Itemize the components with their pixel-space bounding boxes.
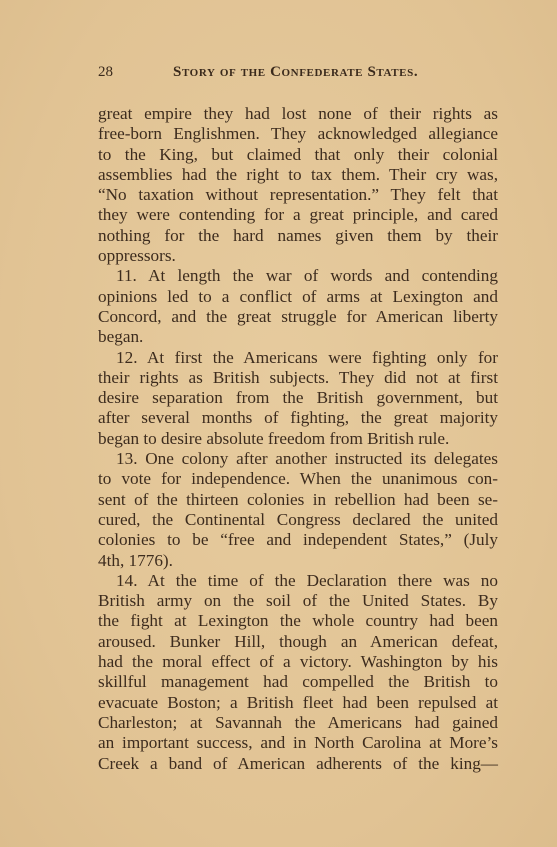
- text-line: they were contending for a great princip…: [98, 205, 498, 225]
- text-line: their rights as British subjects. They d…: [98, 368, 498, 388]
- text-line: colonies to be “free and independent Sta…: [98, 530, 498, 550]
- text-line: Charleston; at Savannah the Americans ha…: [98, 713, 498, 733]
- text-line: evacuate Boston; a British fleet had bee…: [98, 693, 498, 713]
- text-line: 14. At the time of the Declaration there…: [98, 571, 498, 591]
- text-line: oppressors.: [98, 246, 498, 266]
- text-line: 12. At first the Americans were fighting…: [98, 348, 498, 368]
- book-page: 28 Story of the Confederate States. grea…: [0, 0, 557, 847]
- text-line: had the moral effect of a victory. Washi…: [98, 652, 498, 672]
- text-line: began to desire absolute freedom from Br…: [98, 429, 498, 449]
- text-line: 4th, 1776).: [98, 551, 498, 571]
- text-line: Concord, and the great struggle for Amer…: [98, 307, 498, 327]
- text-line: free-born Englishmen. They acknowledged …: [98, 124, 498, 144]
- running-title: Story of the Confederate States.: [173, 64, 418, 81]
- text-line: an important success, and in North Carol…: [98, 733, 498, 753]
- text-line: opinions led to a conflict of arms at Le…: [98, 287, 498, 307]
- text-line: after several months of fighting, the gr…: [98, 408, 498, 428]
- text-line: sent of the thirteen colonies in rebelli…: [98, 490, 498, 510]
- text-line: “No taxation without representation.” Th…: [98, 185, 498, 205]
- text-line: to vote for independence. When the unani…: [98, 469, 498, 489]
- text-line: desire separation from the British gover…: [98, 388, 498, 408]
- text-line: assemblies had the right to tax them. Th…: [98, 165, 498, 185]
- text-line: cured, the Continental Congress declared…: [98, 510, 498, 530]
- text-line: began.: [98, 327, 498, 347]
- text-line: 13. One colony after another instructed …: [98, 449, 498, 469]
- text-line: to the King, but claimed that only their…: [98, 145, 498, 165]
- text-line: Creek a band of American adherents of th…: [98, 754, 498, 774]
- running-head: 28 Story of the Confederate States.: [98, 64, 498, 84]
- page-number: 28: [98, 64, 113, 81]
- text-line: aroused. Bunker Hill, though an American…: [98, 632, 498, 652]
- text-line: the fight at Lexington the whole country…: [98, 611, 498, 631]
- text-line: 11. At length the war of words and conte…: [98, 266, 498, 286]
- text-line: great empire they had lost none of their…: [98, 104, 498, 124]
- body-text: great empire they had lost none of their…: [98, 104, 498, 774]
- text-line: skillful management had compelled the Br…: [98, 672, 498, 692]
- text-line: nothing for the hard names given them by…: [98, 226, 498, 246]
- text-line: British army on the soil of the United S…: [98, 591, 498, 611]
